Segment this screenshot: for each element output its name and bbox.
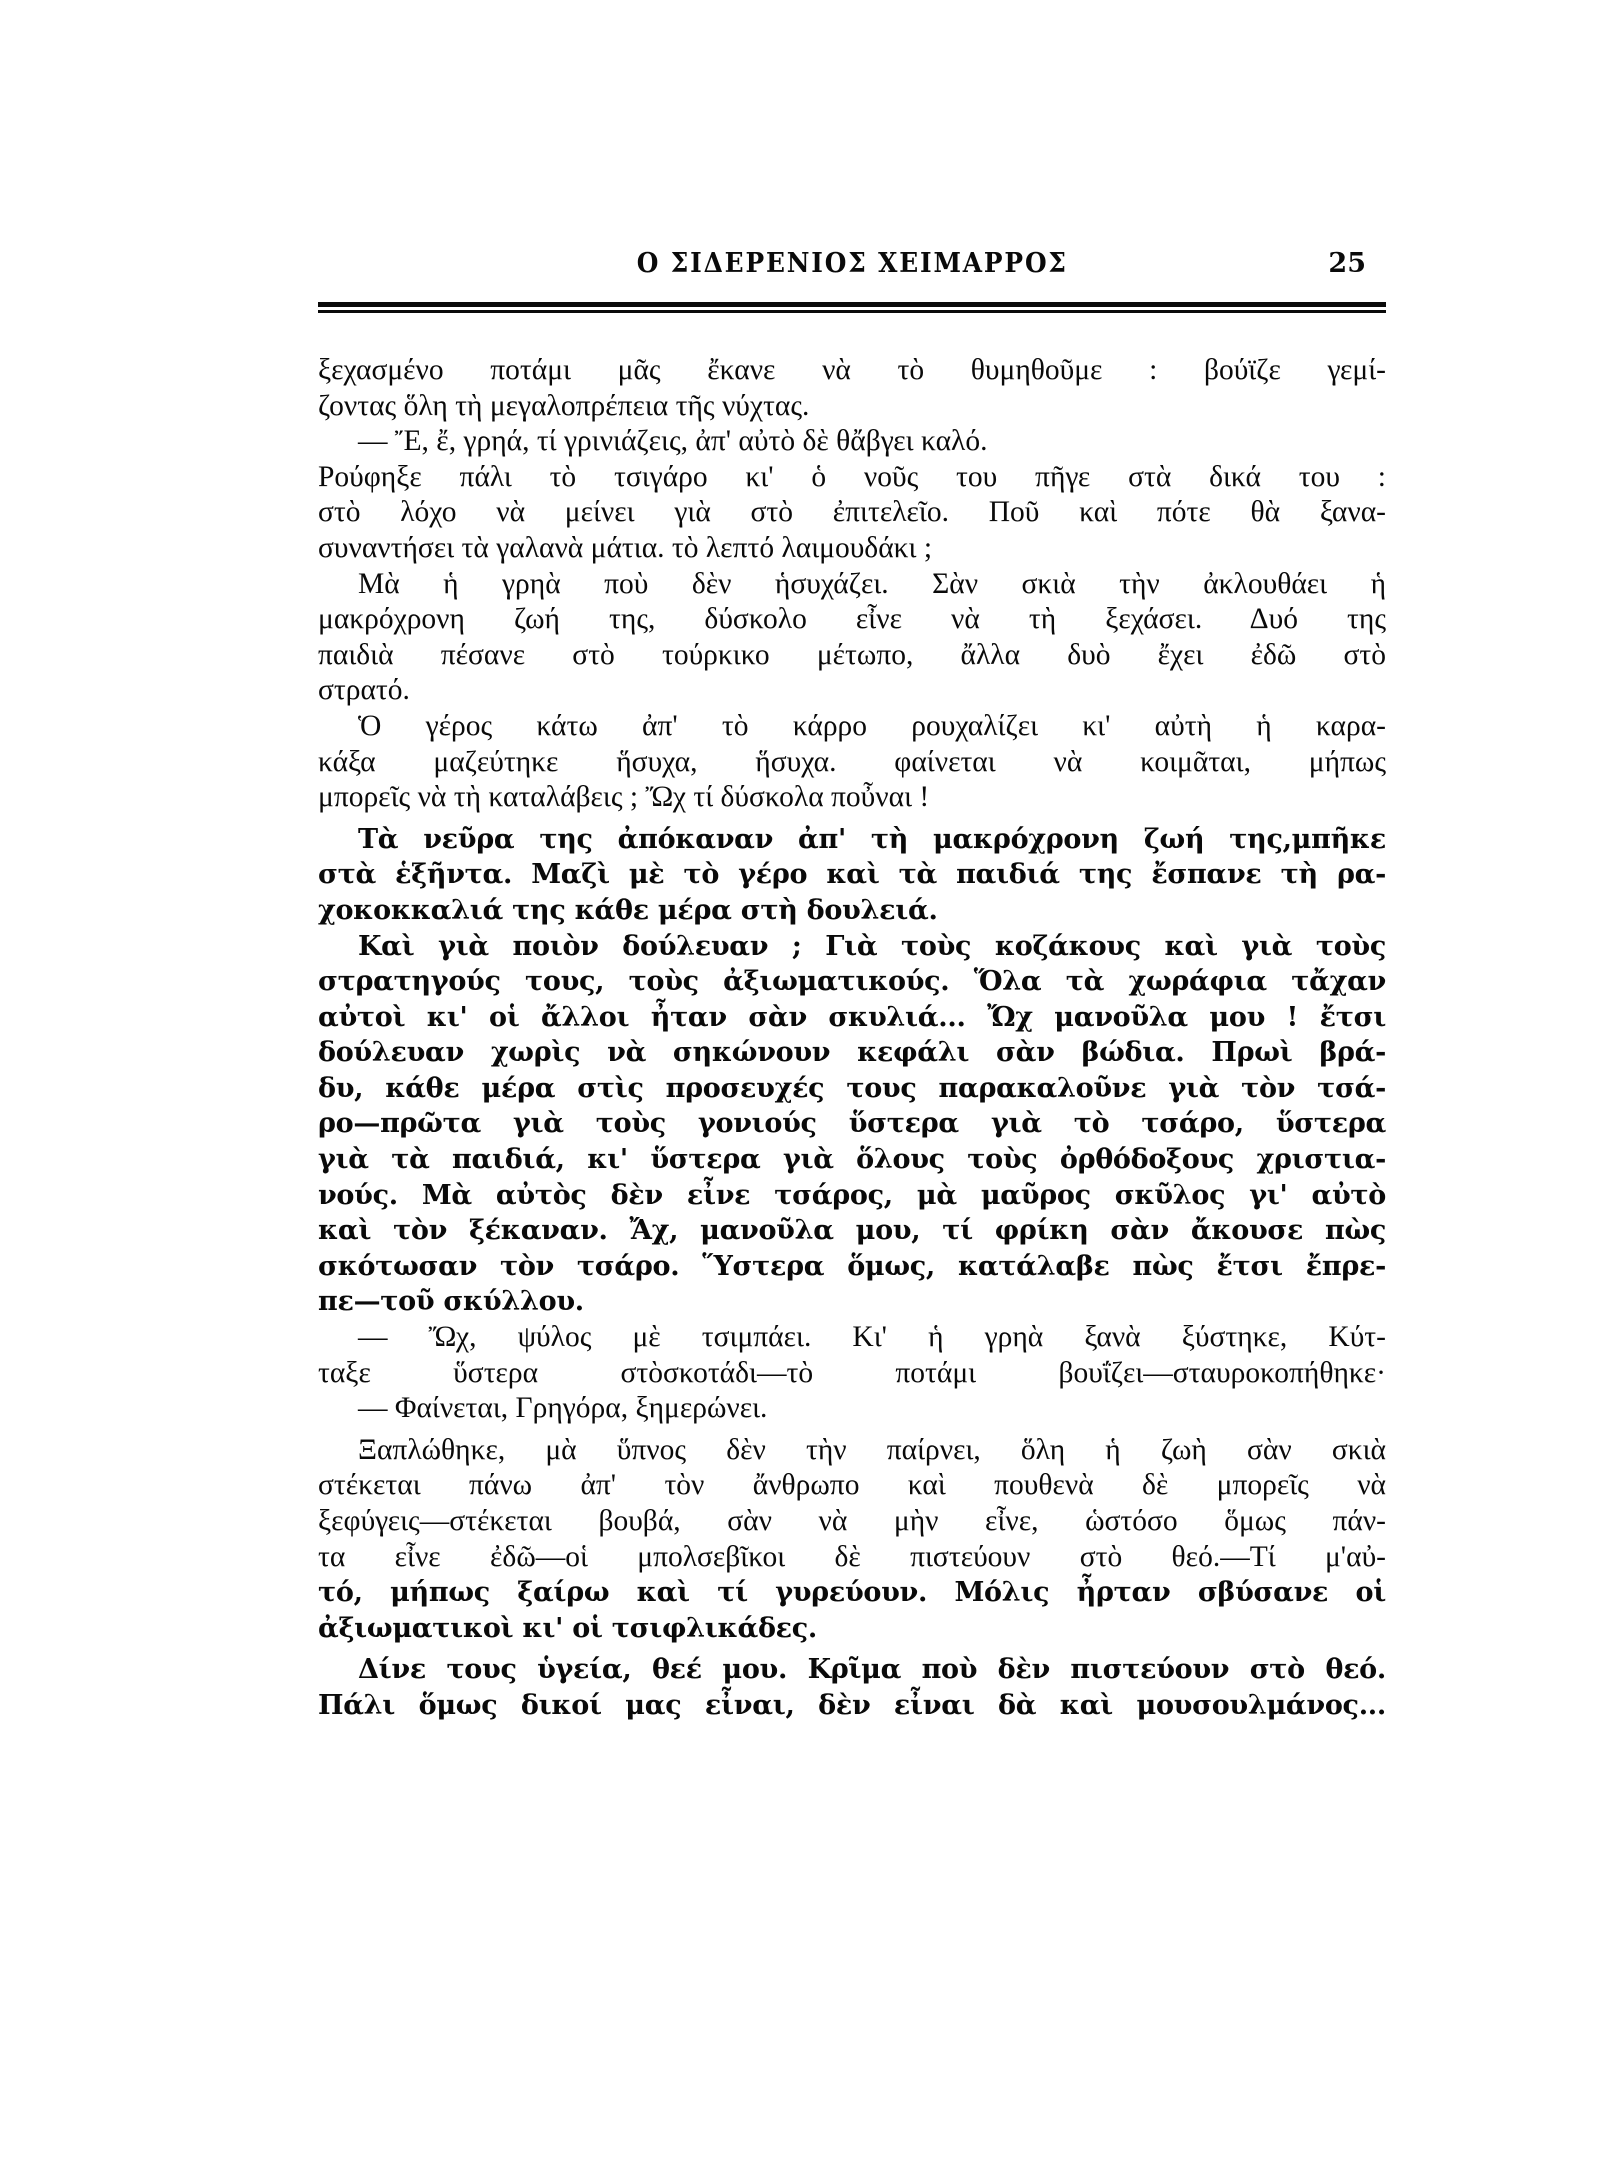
text-line: — Ὤχ, ψύλος μὲ τσιμπάει. Κι' ἡ γρηὰ ξανὰ…: [318, 1320, 1386, 1356]
paragraph: Ρούφηξε πάλι τὸ τσιγάρο κι' ὁ νοῦς του π…: [318, 460, 1386, 567]
running-title: Ο ΣΙΔΕΡΕΝΙΟΣ ΧΕΙΜΑΡΡΟΣ: [636, 248, 1067, 279]
header-rule-thick: [318, 302, 1386, 307]
paragraph: Τὰ νεῦρα της ἀπόκαναν ἀπ' τὴ μακρόχρονη …: [318, 822, 1386, 929]
text-line: ταξε ὕστερα στὸσκοτάδι—τὸ ποτάμι βουΐζει…: [318, 1356, 1386, 1392]
paragraph: Μὰ ἡ γρηὰ ποὺ δὲν ἡσυχάζει. Σὰν σκιὰ τὴν…: [318, 567, 1386, 709]
text-line: συναντήσει τὰ γαλανὰ μάτια. τὸ λεπτό λαι…: [318, 531, 1386, 567]
text-line: αὐτοὶ κι' οἱ ἄλλοι ἦταν σὰν σκυλιά... Ὤχ…: [318, 1000, 1386, 1036]
text-line: ξεχασμένο ποτάμι μᾶς ἔκανε νὰ τὸ θυμηθοῦ…: [318, 353, 1386, 389]
text-body: ξεχασμένο ποτάμι μᾶς ἔκανε νὰ τὸ θυμηθοῦ…: [318, 353, 1386, 1724]
text-line: δυ, κάθε μέρα στὶς προσευχές τους παρακα…: [318, 1071, 1386, 1107]
text-line: ρο—πρῶτα γιὰ τοὺς γονιούς ὕστερα γιὰ τὸ …: [318, 1106, 1386, 1142]
paragraph: Ξαπλώθηκε, μὰ ὕπνος δὲν τὴν παίρνει, ὅλη…: [318, 1433, 1386, 1647]
text-line: Τὰ νεῦρα της ἀπόκαναν ἀπ' τὴ μακρόχρονη …: [318, 822, 1386, 858]
text-line: γιὰ τὰ παιδιά, κι' ὕστερα γιὰ ὅλους τοὺς…: [318, 1142, 1386, 1178]
text-line: Καὶ γιὰ ποιὸν δούλευαν ; Γιὰ τοὺς κοζάκο…: [318, 929, 1386, 965]
text-line: κάξα μαζεύτηκε ἥσυχα, ἥσυχα. φαίνεται νὰ…: [318, 745, 1386, 781]
paragraph: Ὁ γέρος κάτω ἀπ' τὸ κάρρο ρουχαλίζει κι'…: [318, 709, 1386, 816]
text-line: Δίνε τους ὑγεία, θεέ μου. Κρῖμα ποὺ δὲν …: [318, 1652, 1386, 1688]
text-line: τό, μήπως ξαίρω καὶ τί γυρεύουν. Μόλις ἦ…: [318, 1575, 1386, 1611]
text-line: τα εἶνε ἐδῶ—οἱ μπολσεβῖκοι δὲ πιστεύουν …: [318, 1540, 1386, 1576]
header-rule-thin: [318, 310, 1386, 313]
text-line: πε—τοῦ σκύλλου.: [318, 1284, 1386, 1320]
text-line: Ξαπλώθηκε, μὰ ὕπνος δὲν τὴν παίρνει, ὅλη…: [318, 1433, 1386, 1469]
paragraph: — Ἔ, ἔ, γρηά, τί γρινιάζεις, ἀπ' αὐτὸ δὲ…: [318, 424, 1386, 460]
text-line: σκότωσαν τὸν τσάρο. Ὕστερα ὅμως, κατάλαβ…: [318, 1249, 1386, 1285]
text-line: στὰ ἑξῆντα. Μαζὶ μὲ τὸ γέρο καὶ τὰ παιδι…: [318, 857, 1386, 893]
text-line: στρατηγούς τους, τοὺς ἀξιωματικούς. Ὅλα …: [318, 964, 1386, 1000]
text-line: δούλευαν χωρὶς νὰ σηκώνουν κεφάλι σὰν βώ…: [318, 1035, 1386, 1071]
text-line: παιδιὰ πέσανε στὸ τούρκικο μέτωπο, ἄλλα …: [318, 638, 1386, 674]
text-line: Μὰ ἡ γρηὰ ποὺ δὲν ἡσυχάζει. Σὰν σκιὰ τὴν…: [318, 567, 1386, 603]
paragraph: ξεχασμένο ποτάμι μᾶς ἔκανε νὰ τὸ θυμηθοῦ…: [318, 353, 1386, 424]
paragraph: — Φαίνεται, Γρηγόρα, ξημερώνει.: [318, 1391, 1386, 1427]
paragraph: — Ὤχ, ψύλος μὲ τσιμπάει. Κι' ἡ γρηὰ ξανὰ…: [318, 1320, 1386, 1391]
text-line: ζοντας ὅλη τὴ μεγαλοπρέπεια τῆς νύχτας.: [318, 389, 1386, 425]
running-head: Ο ΣΙΔΕΡΕΝΙΟΣ ΧΕΙΜΑΡΡΟΣ 25: [318, 248, 1386, 288]
text-line: νούς. Μὰ αὐτὸς δὲν εἶνε τσάρος, μὰ μαῦρο…: [318, 1178, 1386, 1214]
text-line: Πάλι ὅμως δικοί μας εἶναι, δὲν εἶναι δὰ …: [318, 1688, 1386, 1724]
text-line: στὸ λόχο νὰ μείνει γιὰ στὸ ἐπιτελεῖο. Πο…: [318, 495, 1386, 531]
paragraph: Καὶ γιὰ ποιὸν δούλευαν ; Γιὰ τοὺς κοζάκο…: [318, 929, 1386, 1321]
text-line: μακρόχρονη ζωή της, δύσκολο εἶνε νὰ τὴ ξ…: [318, 602, 1386, 638]
paragraph: Δίνε τους ὑγεία, θεέ μου. Κρῖμα ποὺ δὲν …: [318, 1652, 1386, 1723]
text-line: ξεφύγεις—στέκεται βουβά, σὰν νὰ μὴν εἶνε…: [318, 1504, 1386, 1540]
text-line: μπορεῖς νὰ τὴ καταλάβεις ; Ὤχ τί δύσκολα…: [318, 780, 1386, 816]
text-line: — Φαίνεται, Γρηγόρα, ξημερώνει.: [318, 1391, 1386, 1427]
text-line: — Ἔ, ἔ, γρηά, τί γρινιάζεις, ἀπ' αὐτὸ δὲ…: [318, 424, 1386, 460]
text-line: ἀξιωματικοὶ κι' οἱ τσιφλικάδες.: [318, 1611, 1386, 1647]
book-page: Ο ΣΙΔΕΡΕΝΙΟΣ ΧΕΙΜΑΡΡΟΣ 25 ξεχασμένο ποτά…: [318, 248, 1386, 1724]
page-number: 25: [1328, 248, 1366, 279]
text-line: στρατό.: [318, 673, 1386, 709]
text-line: Ὁ γέρος κάτω ἀπ' τὸ κάρρο ρουχαλίζει κι'…: [318, 709, 1386, 745]
text-line: χοκοκκαλιά της κάθε μέρα στὴ δουλειά.: [318, 893, 1386, 929]
text-line: στέκεται πάνω ἀπ' τὸν ἄνθρωπο καὶ πουθεν…: [318, 1468, 1386, 1504]
text-line: καὶ τὸν ξέκαναν. Ἄχ, μανοῦλα μου, τί φρί…: [318, 1213, 1386, 1249]
text-line: Ρούφηξε πάλι τὸ τσιγάρο κι' ὁ νοῦς του π…: [318, 460, 1386, 496]
